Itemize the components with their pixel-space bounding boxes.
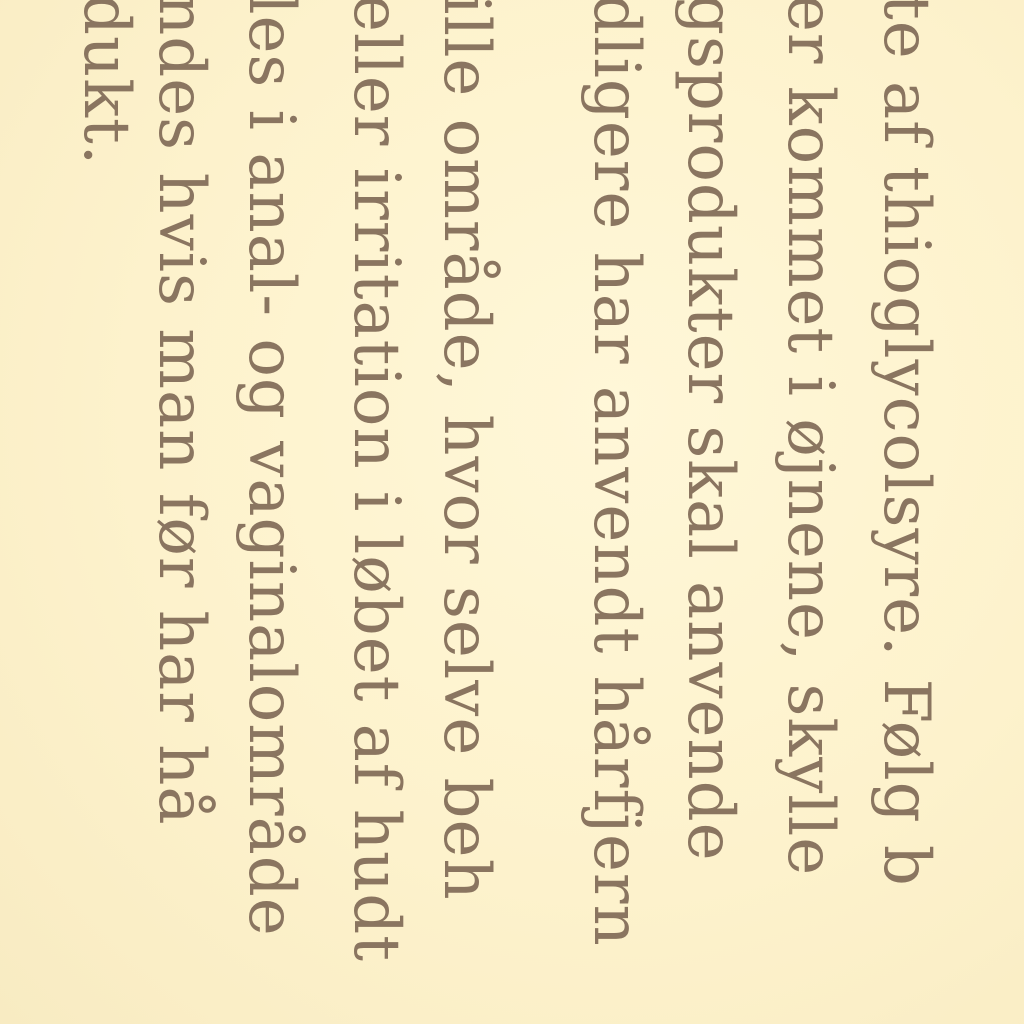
text-line: dukt. xyxy=(74,0,138,166)
text-line: te af thioglycolsyre. Følg b xyxy=(874,0,938,887)
text-line: ille område, hvor selve beh xyxy=(434,0,498,901)
text-line: er kommet i øjnene, skylle xyxy=(778,0,842,876)
text-line: eller irritation i løbet af hudt xyxy=(344,0,408,962)
text-line: les i anal- og vaginalområde xyxy=(239,0,303,937)
text-line: gsprodukter skal anvende xyxy=(678,0,742,861)
text-line: ndes hvis man før har hå xyxy=(149,0,213,826)
scanned-leaflet-page: te af thioglycolsyre. Følg b er kommet i… xyxy=(0,0,1024,1024)
text-line: dligere har anvendt hårfjern xyxy=(584,0,648,947)
